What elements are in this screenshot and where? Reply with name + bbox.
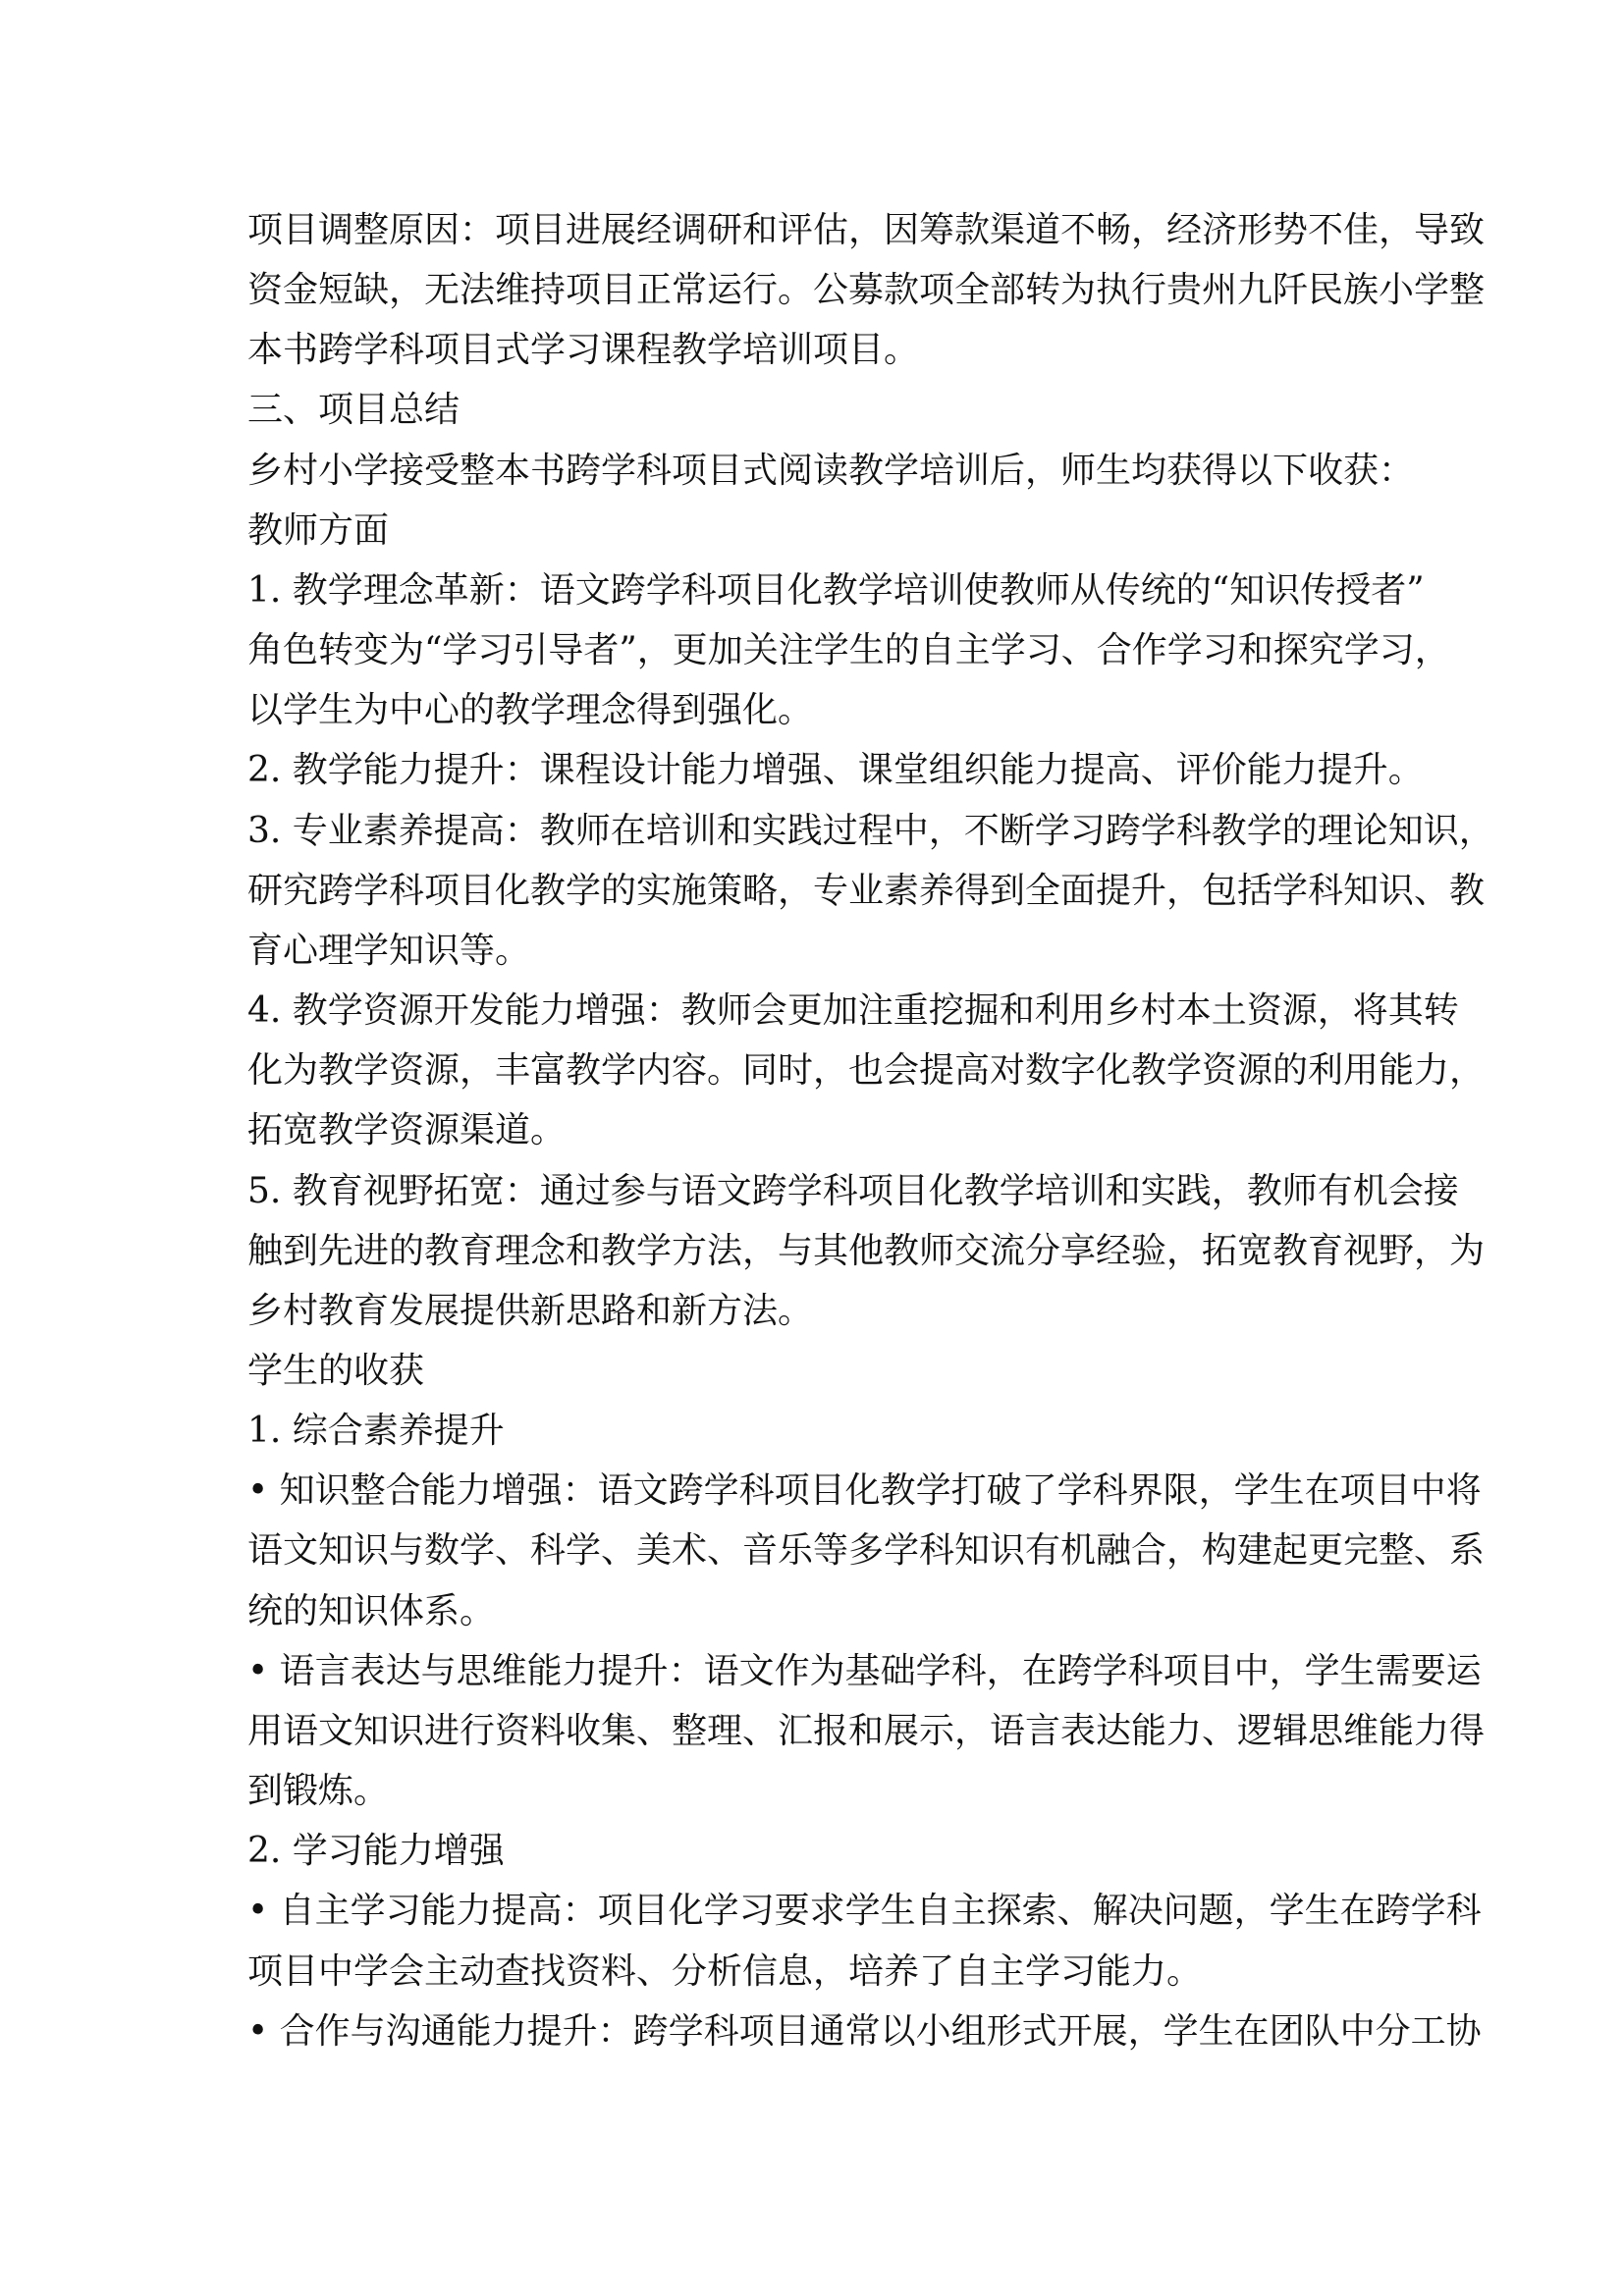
bullet-line: 语文知识与数学、科学、美术、音乐等多学科知识有机融合，构建起更完整、系 bbox=[247, 1521, 1379, 1580]
list-item-line: 4. 教学资源开发能力增强：教师会更加注重挖掘和利用乡村本土资源，将其转 bbox=[247, 981, 1379, 1041]
bullet-line: • 自主学习能力提高：项目化学习要求学生自主探索、解决问题，学生在跨学科 bbox=[247, 1881, 1379, 1941]
list-item-line: 乡村教育发展提供新思路和新方法。 bbox=[247, 1281, 1379, 1341]
list-item-line: 研究跨学科项目化教学的实施策略，专业素养得到全面提升，包括学科知识、教 bbox=[247, 861, 1379, 921]
document-body: 项目调整原因：项目进展经调研和评估，因筹款渠道不畅，经济形势不佳，导致 资金短缺… bbox=[247, 200, 1379, 2061]
list-item-line: 2. 教学能力提升：课程设计能力增强、课堂组织能力提高、评价能力提升。 bbox=[247, 740, 1379, 800]
paragraph-line: 本书跨学科项目式学习课程教学培训项目。 bbox=[247, 320, 1379, 380]
list-item-line: 化为教学资源，丰富教学内容。同时，也会提高对数字化教学资源的利用能力， bbox=[247, 1041, 1379, 1100]
list-item-line: 1. 综合素养提升 bbox=[247, 1401, 1379, 1461]
document-page: 项目调整原因：项目进展经调研和评估，因筹款渠道不畅，经济形势不佳，导致 资金短缺… bbox=[0, 0, 1624, 2296]
bullet-line: • 知识整合能力增强：语文跨学科项目化教学打破了学科界限，学生在项目中将 bbox=[247, 1461, 1379, 1521]
paragraph-line: 项目调整原因：项目进展经调研和评估，因筹款渠道不畅，经济形势不佳，导致 bbox=[247, 200, 1379, 260]
bullet-line: 用语文知识进行资料收集、整理、汇报和展示，语言表达能力、逻辑思维能力得 bbox=[247, 1701, 1379, 1761]
bullet-line: • 语言表达与思维能力提升：语文作为基础学科，在跨学科项目中，学生需要运 bbox=[247, 1641, 1379, 1701]
list-item-line: 1. 教学理念革新：语文跨学科项目化教学培训使教师从传统的“知识传授者” bbox=[247, 561, 1379, 620]
bullet-line: 项目中学会主动查找资料、分析信息，培养了自主学习能力。 bbox=[247, 1942, 1379, 2002]
list-item-line: 5. 教育视野拓宽：通过参与语文跨学科项目化教学培训和实践，教师有机会接 bbox=[247, 1161, 1379, 1221]
list-item-line: 2. 学习能力增强 bbox=[247, 1821, 1379, 1881]
list-item-line: 触到先进的教育理念和教学方法，与其他教师交流分享经验，拓宽教育视野，为 bbox=[247, 1221, 1379, 1281]
bullet-line: 统的知识体系。 bbox=[247, 1581, 1379, 1641]
list-item-line: 以学生为中心的教学理念得到强化。 bbox=[247, 680, 1379, 740]
subheading-teachers: 教师方面 bbox=[247, 501, 1379, 561]
list-item-line: 育心理学知识等。 bbox=[247, 921, 1379, 981]
paragraph-line: 资金短缺，无法维持项目正常运行。公募款项全部转为执行贵州九阡民族小学整 bbox=[247, 260, 1379, 320]
bullet-line: • 合作与沟通能力提升：跨学科项目通常以小组形式开展，学生在团队中分工协 bbox=[247, 2002, 1379, 2061]
section-heading: 三、项目总结 bbox=[247, 380, 1379, 440]
paragraph-line: 乡村小学接受整本书跨学科项目式阅读教学培训后，师生均获得以下收获： bbox=[247, 441, 1379, 501]
list-item-line: 角色转变为“学习引导者”，更加关注学生的自主学习、合作学习和探究学习， bbox=[247, 620, 1379, 680]
list-item-line: 拓宽教学资源渠道。 bbox=[247, 1100, 1379, 1160]
bullet-line: 到锻炼。 bbox=[247, 1761, 1379, 1821]
subheading-students: 学生的收获 bbox=[247, 1341, 1379, 1401]
list-item-line: 3. 专业素养提高：教师在培训和实践过程中，不断学习跨学科教学的理论知识， bbox=[247, 801, 1379, 861]
